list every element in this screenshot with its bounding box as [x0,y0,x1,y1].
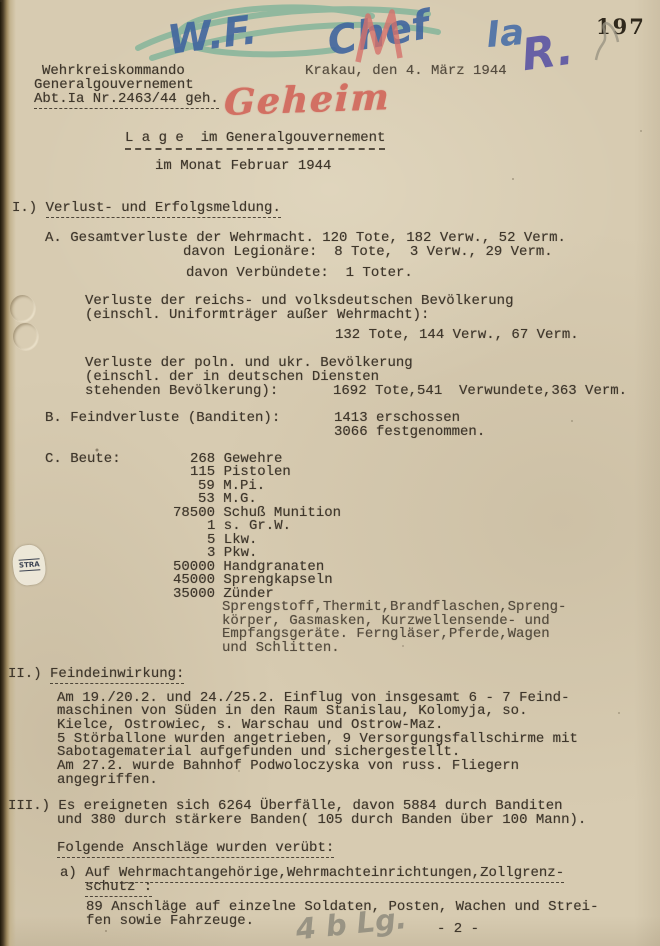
list-item-heading-text: schutz : [85,879,152,897]
section-number: II.) [8,666,42,682]
text-line: 3066 festgenommen. [334,425,485,439]
text-line: maschinen von Süden in den Raum Stanisla… [57,704,527,718]
document-title: L a g e im Generalgouvernement [125,131,385,145]
footer-page-number: - 2 - [437,922,479,936]
letterhead-reference-text: Abt.Ia Nr.2463/44 geh. [34,91,219,109]
booty-row: 3 Pkw. [207,546,257,560]
text-line: B. Feindverluste (Banditen): [45,411,280,425]
text-line: Am 27.2. wurde Bahnhof Podwoloczyska von… [57,759,519,773]
list-item-heading: Auf Wehrmachtangehörige,Wehrmachteinrich… [85,865,564,883]
booty-row: 115 Pistolen [190,465,291,479]
scanned-document-page: STRA 197 Geheim Wehrkreiskommando Genera… [0,0,660,946]
letterhead-reference: Abt.Ia Nr.2463/44 geh. [34,92,219,106]
text-line: stehenden Bevölkerung): [85,384,278,398]
booty-row: 1 s. Gr.W. [207,519,291,533]
list-marker: a) [60,865,77,881]
section-number: I.) [12,200,37,216]
text-line: 1692 Tote,541 Verwundete,363 Verm. [333,384,627,398]
text-line: (einschl. Uniformträger außer Wehrmacht)… [85,308,429,322]
handwritten-chef: Chef [324,1,437,65]
booty-continuation: Empfangsgeräte. Ferngläser,Pferde,Wagen [222,627,550,641]
folio-number: 197 [596,14,646,39]
document-title-text: L a g e im Generalgouvernement [125,130,385,150]
text-line: Sabotagematerial aufgefunden und sicherg… [57,745,460,759]
text-line: fen sowie Fahrzeuge. [86,914,254,928]
text-line: 132 Tote, 144 Verw., 67 Verm. [335,328,579,342]
booty-row: 45000 Sprengkapseln [173,573,333,587]
text-line: davon Verbündete: 1 Toter. [186,266,413,280]
handwritten-ia: Ia [485,12,526,56]
text-line: C. Beute: [45,452,121,466]
archive-stamp-text: STRA [18,558,39,571]
section-title: Verlust- und Erfolgsmeldung. [46,200,281,218]
list-item-a: a) Auf Wehrmachtangehörige,Wehrmachteinr… [60,866,564,880]
geheim-stamp: Geheim [223,79,391,121]
crayon-stroke [152,25,438,58]
sub-heading-text: Folgende Anschläge wurden verübt: [57,840,334,858]
red-pencil-mark [358,12,400,62]
text-line: davon Legionäre: 8 Tote, 3 Verw., 29 Ver… [183,245,553,259]
booty-continuation: Sprengstoff,Thermit,Brandflaschen,Spreng… [222,600,566,614]
text-line: 1413 erschossen [334,411,460,425]
punch-hole [13,323,38,350]
handwritten-initials-wf: W.F. [165,7,259,64]
text-line: A. Gesamtverluste der Wehrmacht. 120 Tot… [45,231,566,245]
text-line: Verluste der poln. und ukr. Bevölkerung [85,356,413,370]
archive-stamp: STRA [11,543,48,587]
document-subtitle: im Monat Februar 1944 [155,159,331,173]
sub-heading: Folgende Anschläge wurden verübt: [57,841,334,855]
text-line: und 380 durch stärkere Banden( 105 durch… [57,813,586,827]
section-2-heading: II.) Feindeinwirkung: [8,667,184,681]
letterhead-line: Wehrkreiskommando [42,64,185,78]
paper-speckles [0,0,2,2]
green-crayon-strike [138,7,438,58]
letterhead-line: Generalgouvernement [34,78,194,92]
handwritten-r: R. [518,24,576,82]
crayon-stroke [178,7,372,54]
text-line: 89 Anschläge auf einzelne Soldaten, Post… [86,900,598,914]
text-line: angegriffen. [57,773,158,787]
booty-row: 53 M.G. [198,492,257,506]
section-1-heading: I.) Verlust- und Erfolgsmeldung. [12,201,281,215]
dateline: Krakau, den 4. März 1944 [305,64,507,78]
punch-hole [10,295,35,322]
text-line: Kielce, Ostrowiec, s. Warschau und Ostro… [57,718,443,732]
list-item-heading-cont: schutz : [85,880,152,894]
text-line: (einschl. der in deutschen Diensten [85,370,379,384]
crayon-stroke [138,9,428,48]
section-title: Feindeinwirkung: [50,666,184,684]
section-3-heading: III.) Es ereigneten sich 6264 Überfälle,… [8,799,563,813]
section-number: III.) [8,798,50,814]
text-line: Verluste der reichs- und volksdeutschen … [85,294,513,308]
booty-continuation: und Schlitten. [222,641,340,655]
